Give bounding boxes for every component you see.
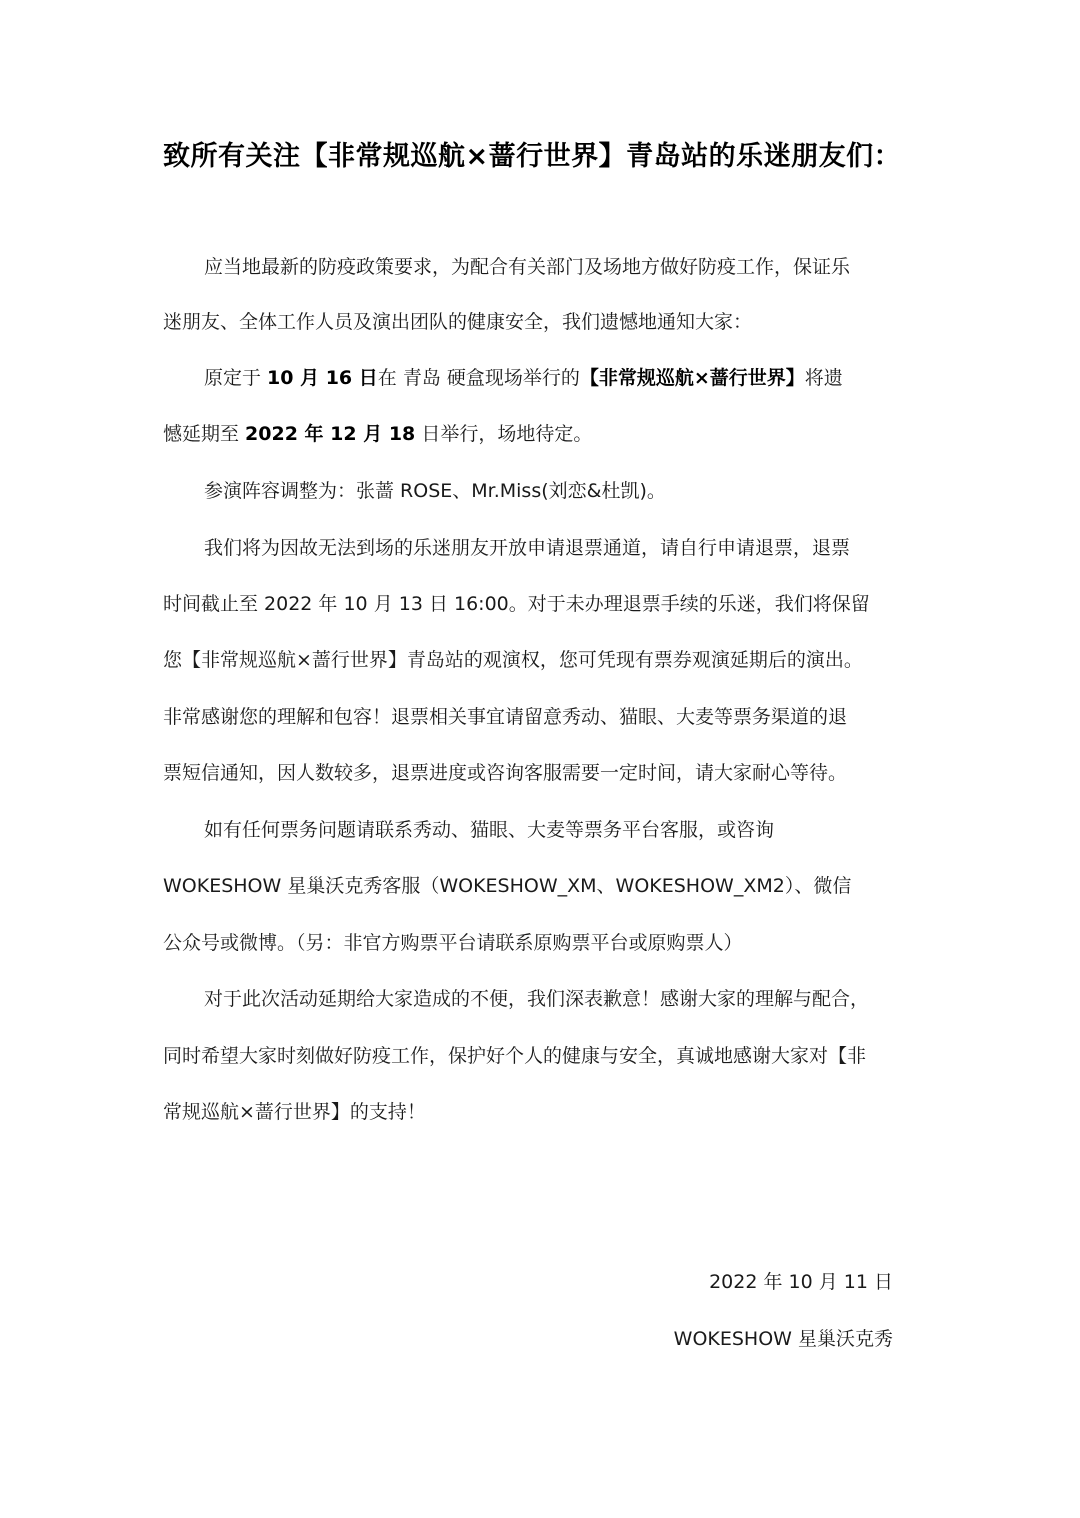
text-segment: 在 青岛 硬盒现场举行的 xyxy=(378,367,580,389)
original-date: 10 月 16 日 xyxy=(267,367,378,389)
paragraph-6-line-3: 常规巡航×蔷行世界】的支持！ xyxy=(163,1098,893,1126)
paragraph-5-line-1: 如有任何票务问题请联系秀动、猫眼、大麦等票务平台客服，或咨询 xyxy=(204,816,934,844)
signature-organization: WOKESHOW 星巢沃克秀 xyxy=(674,1325,893,1353)
text-segment: 原定于 xyxy=(204,367,267,389)
event-name: 【非常规巡航×蔷行世界】 xyxy=(580,367,805,389)
paragraph-2-line-1: 原定于 10 月 16 日在 青岛 硬盒现场举行的【非常规巡航×蔷行世界】将遗 xyxy=(204,364,934,392)
document-title: 致所有关注【非常规巡航×蔷行世界】青岛站的乐迷朋友们： xyxy=(163,134,923,173)
paragraph-4-line-2: 时间截止至 2022 年 10 月 13 日 16:00。对于未办理退票手续的乐… xyxy=(163,590,893,618)
paragraph-6-line-2: 同时希望大家时刻做好防疫工作，保护好个人的健康与安全，真诚地感谢大家对【非 xyxy=(163,1042,893,1070)
paragraph-1-line-1: 应当地最新的防疫政策要求，为配合有关部门及场地方做好防疫工作，保证乐 xyxy=(204,253,934,281)
paragraph-2-line-2: 憾延期至 2022 年 12 月 18 日举行，场地待定。 xyxy=(163,420,893,448)
new-date: 2022 年 12 月 18 xyxy=(245,423,415,445)
document-page: 致所有关注【非常规巡航×蔷行世界】青岛站的乐迷朋友们： 应当地最新的防疫政策要求… xyxy=(0,0,1080,1518)
signature-date: 2022 年 10 月 11 日 xyxy=(709,1268,893,1296)
paragraph-5-line-2: WOKESHOW 星巢沃克秀客服（WOKESHOW_XM、WOKESHOW_XM… xyxy=(163,872,893,900)
paragraph-4-line-3: 您【非常规巡航×蔷行世界】青岛站的观演权，您可凭现有票券观演延期后的演出。 xyxy=(163,646,893,674)
text-segment: 日举行，场地待定。 xyxy=(415,423,592,445)
paragraph-1-line-2: 迷朋友、全体工作人员及演出团队的健康安全，我们遗憾地通知大家： xyxy=(163,308,893,336)
paragraph-4-line-1: 我们将为因故无法到场的乐迷朋友开放申请退票通道，请自行申请退票，退票 xyxy=(204,534,934,562)
paragraph-4-line-5: 票短信通知，因人数较多，退票进度或咨询客服需要一定时间，请大家耐心等待。 xyxy=(163,759,893,787)
paragraph-6-line-1: 对于此次活动延期给大家造成的不便，我们深表歉意！感谢大家的理解与配合， xyxy=(204,985,934,1013)
text-segment: 将遗 xyxy=(805,367,843,389)
paragraph-5-line-3: 公众号或微博。（另：非官方购票平台请联系原购票平台或原购票人） xyxy=(163,929,893,957)
paragraph-3-line-1: 参演阵容调整为：张蔷 ROSE、Mr.Miss(刘恋&杜凯)。 xyxy=(204,477,934,505)
text-segment: 憾延期至 xyxy=(163,423,245,445)
paragraph-4-line-4: 非常感谢您的理解和包容！退票相关事宜请留意秀动、猫眼、大麦等票务渠道的退 xyxy=(163,703,893,731)
